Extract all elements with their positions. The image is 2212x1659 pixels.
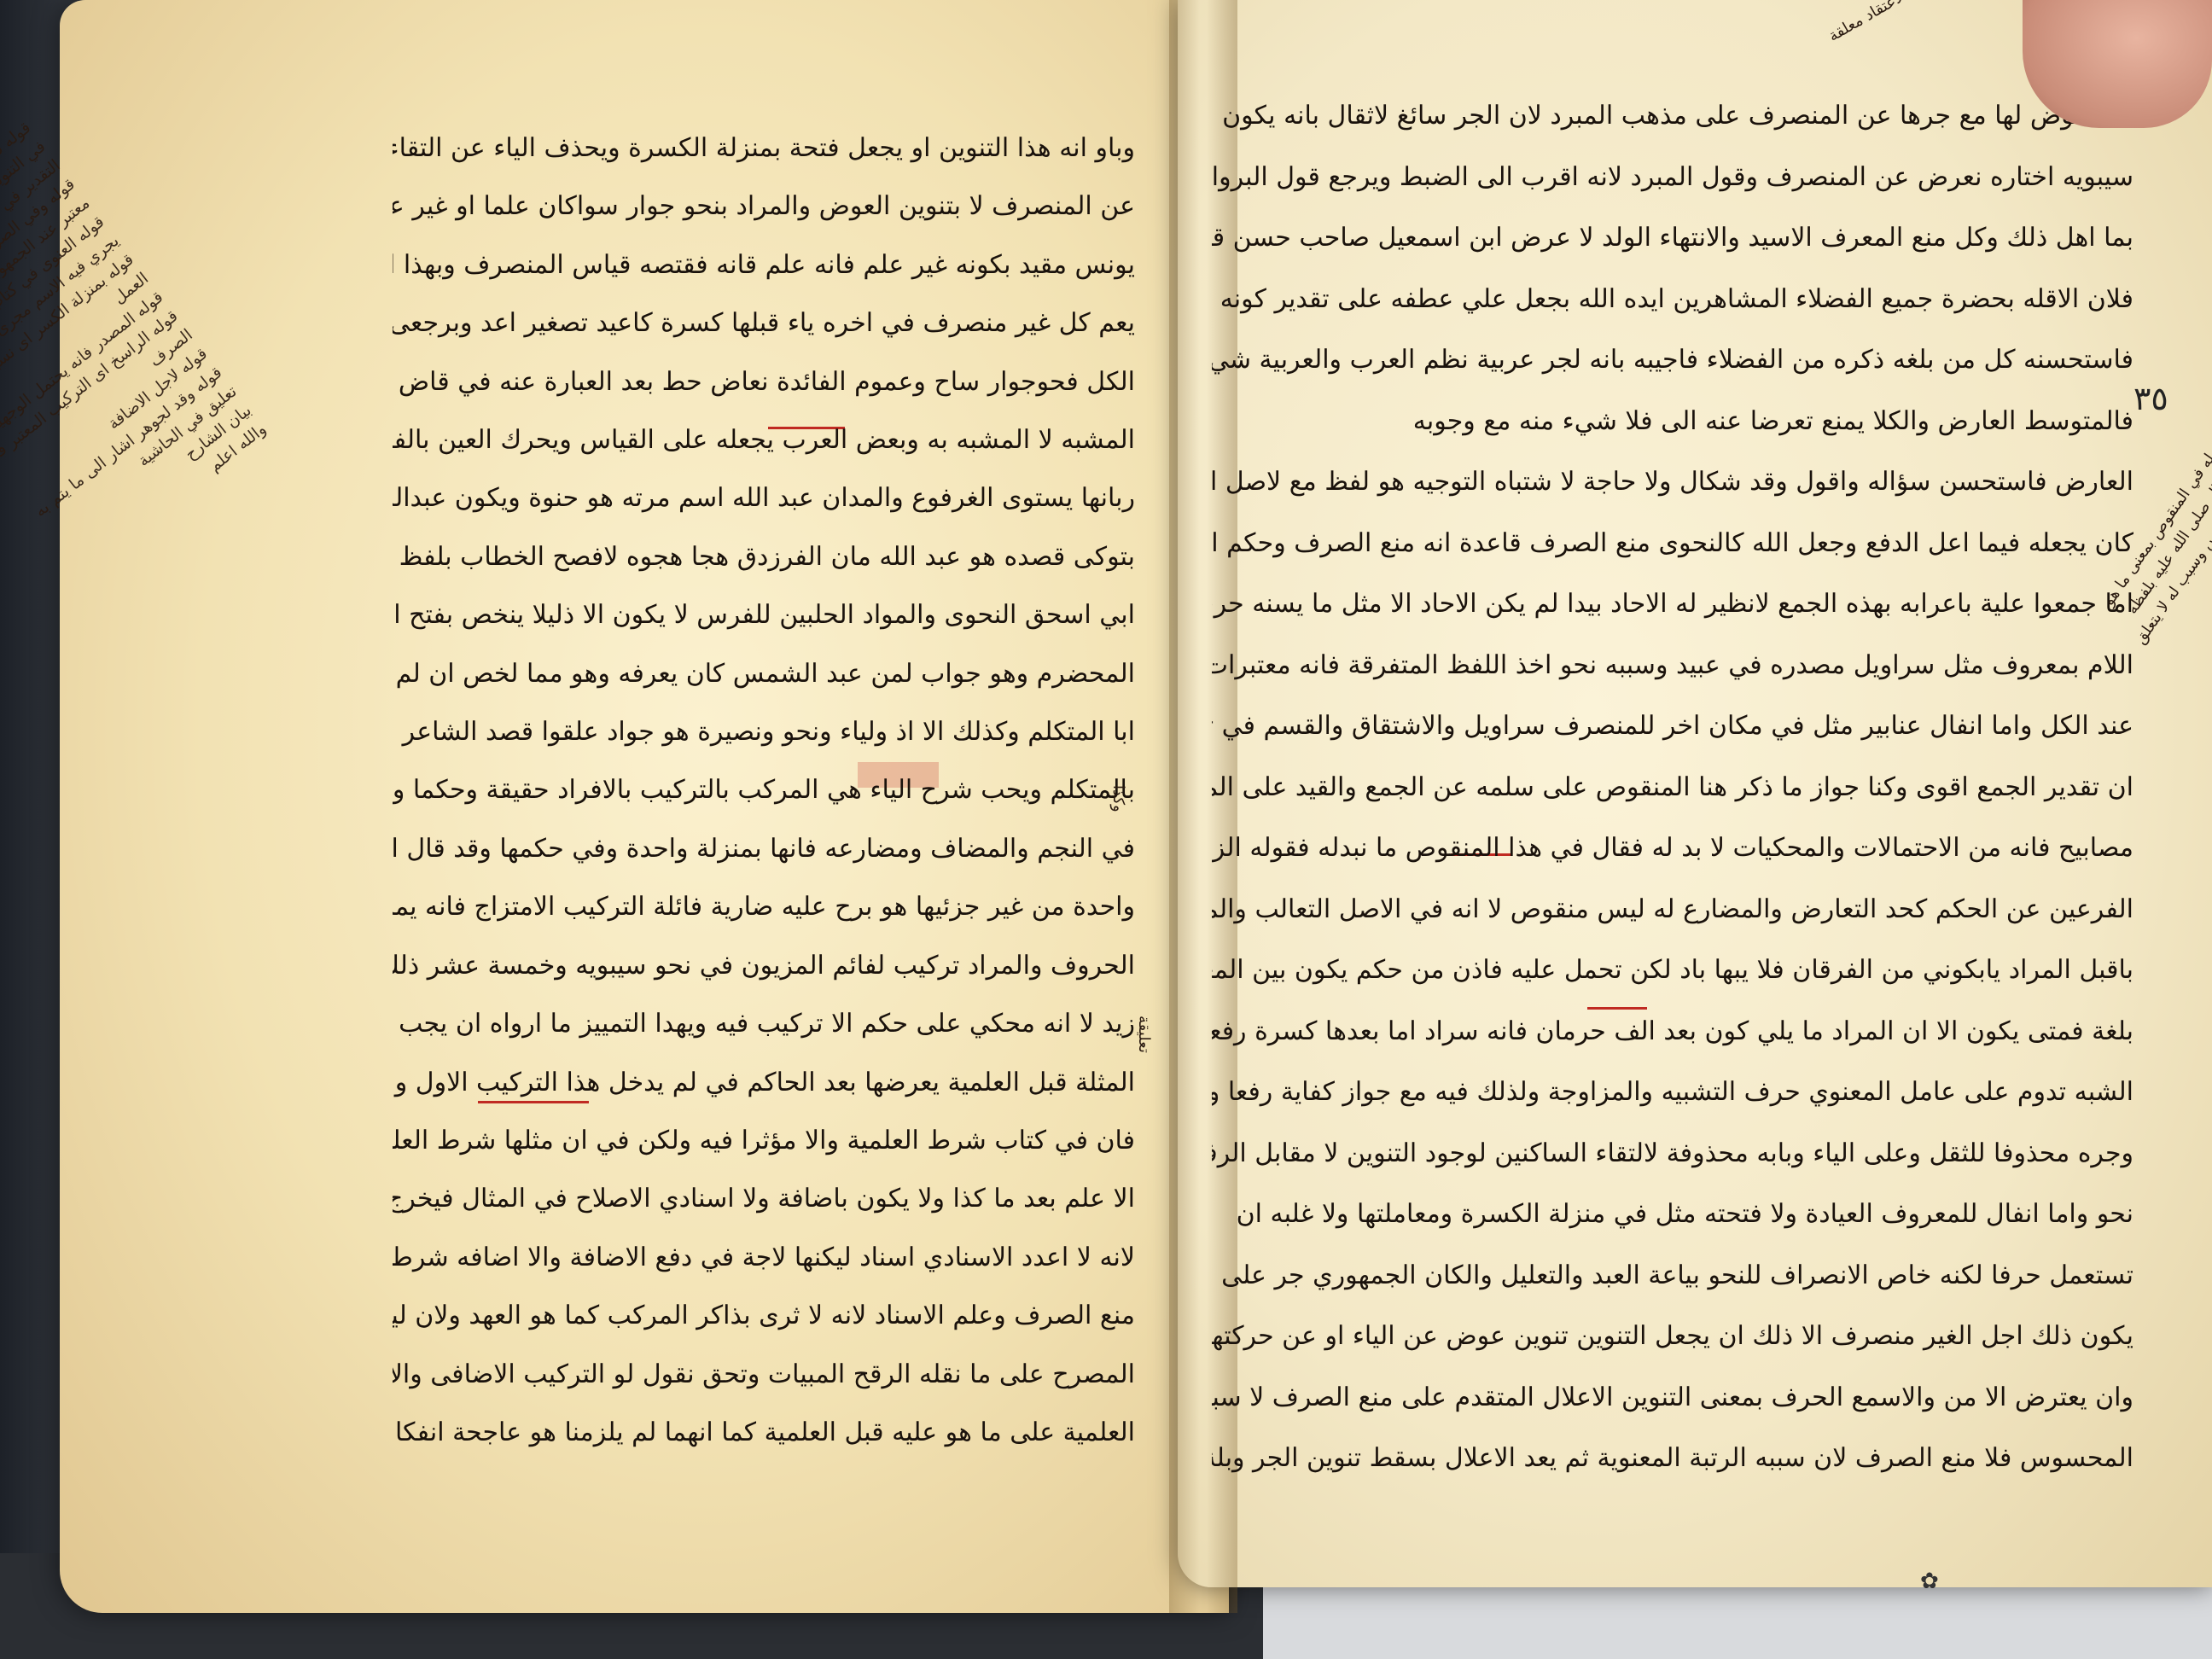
text-line: ابي اسحق النحوى والمواد الحلبين للفرس لا… <box>393 586 1135 644</box>
text-line: بتوكى قصده هو عبد الله مان الفرزدق هجا ه… <box>393 528 1135 586</box>
text-line: فاستحسنه كل من بلغه ذكره من الفضلاء فاجي… <box>1212 329 2133 391</box>
text-line: الفرعين عن الحكم كحد التعارض والمضارع له… <box>1212 879 2133 940</box>
text-line: يكون ذلك اجل الغير منصرف الا ذلك ان يجعل… <box>1212 1306 2133 1367</box>
text-line: المخفوض لها مع جرها عن المنصرف على مذهب … <box>1212 85 2133 147</box>
ornament-icon: ✿ <box>1920 1569 1939 1594</box>
text-line: المحسوس فلا منع الصرف لان سببه الرتبة ال… <box>1212 1428 2133 1489</box>
text-line: يونس مقيد بكونه غير علم فانه علم قانه فق… <box>393 236 1135 294</box>
text-line: ربانها يستوى الغرفوع والمدان عبد الله اس… <box>393 469 1135 527</box>
background-paper-under <box>1263 1579 2212 1659</box>
side-note: تعليقة <box>1135 1016 1153 1053</box>
folio-number: ٣٥ <box>2133 380 2168 417</box>
text-line: المشبه لا المشبه به وبعض العرب يجعله على… <box>393 411 1135 469</box>
text-line: الكل فحوجوار ساح وعموم الفائدة نعاض حط ب… <box>393 353 1135 411</box>
text-line: العلمية على ما هو عليه قبل العلمية كما ا… <box>393 1404 1135 1462</box>
thumb-holding-page <box>2023 0 2212 128</box>
text-line: عند الكل واما انفال عنابير مثل في مكان ا… <box>1212 696 2133 757</box>
text-line: فالمتوسط العارض والكلا يمنع تعرضا عنه ال… <box>1212 391 2133 452</box>
text-line: سيبويه اختاره نعرض عن المنصرف وقول المبر… <box>1212 147 2133 208</box>
text-line: وباو انه هذا التنوين او يجعل فتحة بمنزلة… <box>393 119 1135 178</box>
text-line: باقبل المراد يابكوني من الفرقان فلا يبها… <box>1212 940 2133 1001</box>
text-line: اللام بمعروف مثل سراويل مصدره في عبيد وس… <box>1212 635 2133 696</box>
text-line: كان يجعله فيما اعل الدفع وجعل الله كالنح… <box>1212 513 2133 574</box>
text-line: لانه لا اعدد الاسنادي اسناد ليكنها لاجة … <box>393 1229 1135 1287</box>
right-page-main-text: المخفوض لها مع جرها عن المنصرف على مذهب … <box>1212 85 2133 1489</box>
text-line: عن المنصرف لا بتنوين العوض والمراد بنحو … <box>393 178 1135 236</box>
text-line: ان تقدير الجمع اقوى وكنا جواز ما ذكر هنا… <box>1212 757 2133 818</box>
text-line: المصرح على ما نقله الرقح المبيات وتحق نق… <box>393 1346 1135 1404</box>
text-line: بما اهل ذلك وكل منع المعرف الاسيد والانت… <box>1212 207 2133 269</box>
text-line: وان يعترض الا من والاسمع الحرف بمعنى الت… <box>1212 1367 2133 1429</box>
text-line: فلان الاقله بحضرة جميع الفضلاء المشاهرين… <box>1212 269 2133 330</box>
side-note: وكذا <box>1109 785 1127 812</box>
text-line: وجره محذوفا للثقل وعلى الياء وبابه محذوف… <box>1212 1123 2133 1185</box>
text-line: بلغة فمتى يكون الا ان المراد ما يلي كون … <box>1212 1001 2133 1062</box>
text-line: الشبه تدوم على عامل المعنوي حرف التشبيه … <box>1212 1062 2133 1123</box>
text-line: نحو واما انفال للمعروف العيادة ولا فتحته… <box>1212 1184 2133 1245</box>
text-line: المحضرم وهو جواب لمن عبد الشمس كان يعرفه… <box>393 645 1135 703</box>
text-line: مصابيح فانه من الاحتمالات والمحكيات لا ب… <box>1212 818 2133 879</box>
text-line: منع الصرف وعلم الاسناد لانه لا ثرى بذاكر… <box>393 1287 1135 1345</box>
text-line: العارض فاستحسن سؤاله واقول وقد شكال ولا … <box>1212 451 2133 513</box>
text-line: اما جمعوا علية باعرابه بهذه الجمع لانظير… <box>1212 573 2133 635</box>
text-line: تستعمل حرفا لكنه خاص الانصراف للنحو بياع… <box>1212 1245 2133 1307</box>
text-line: يعم كل غير منصرف في اخره ياء قبلها كسرة … <box>393 294 1135 352</box>
text-line: الا علم بعد ما كذا ولا يكون باضافة ولا ا… <box>393 1170 1135 1228</box>
